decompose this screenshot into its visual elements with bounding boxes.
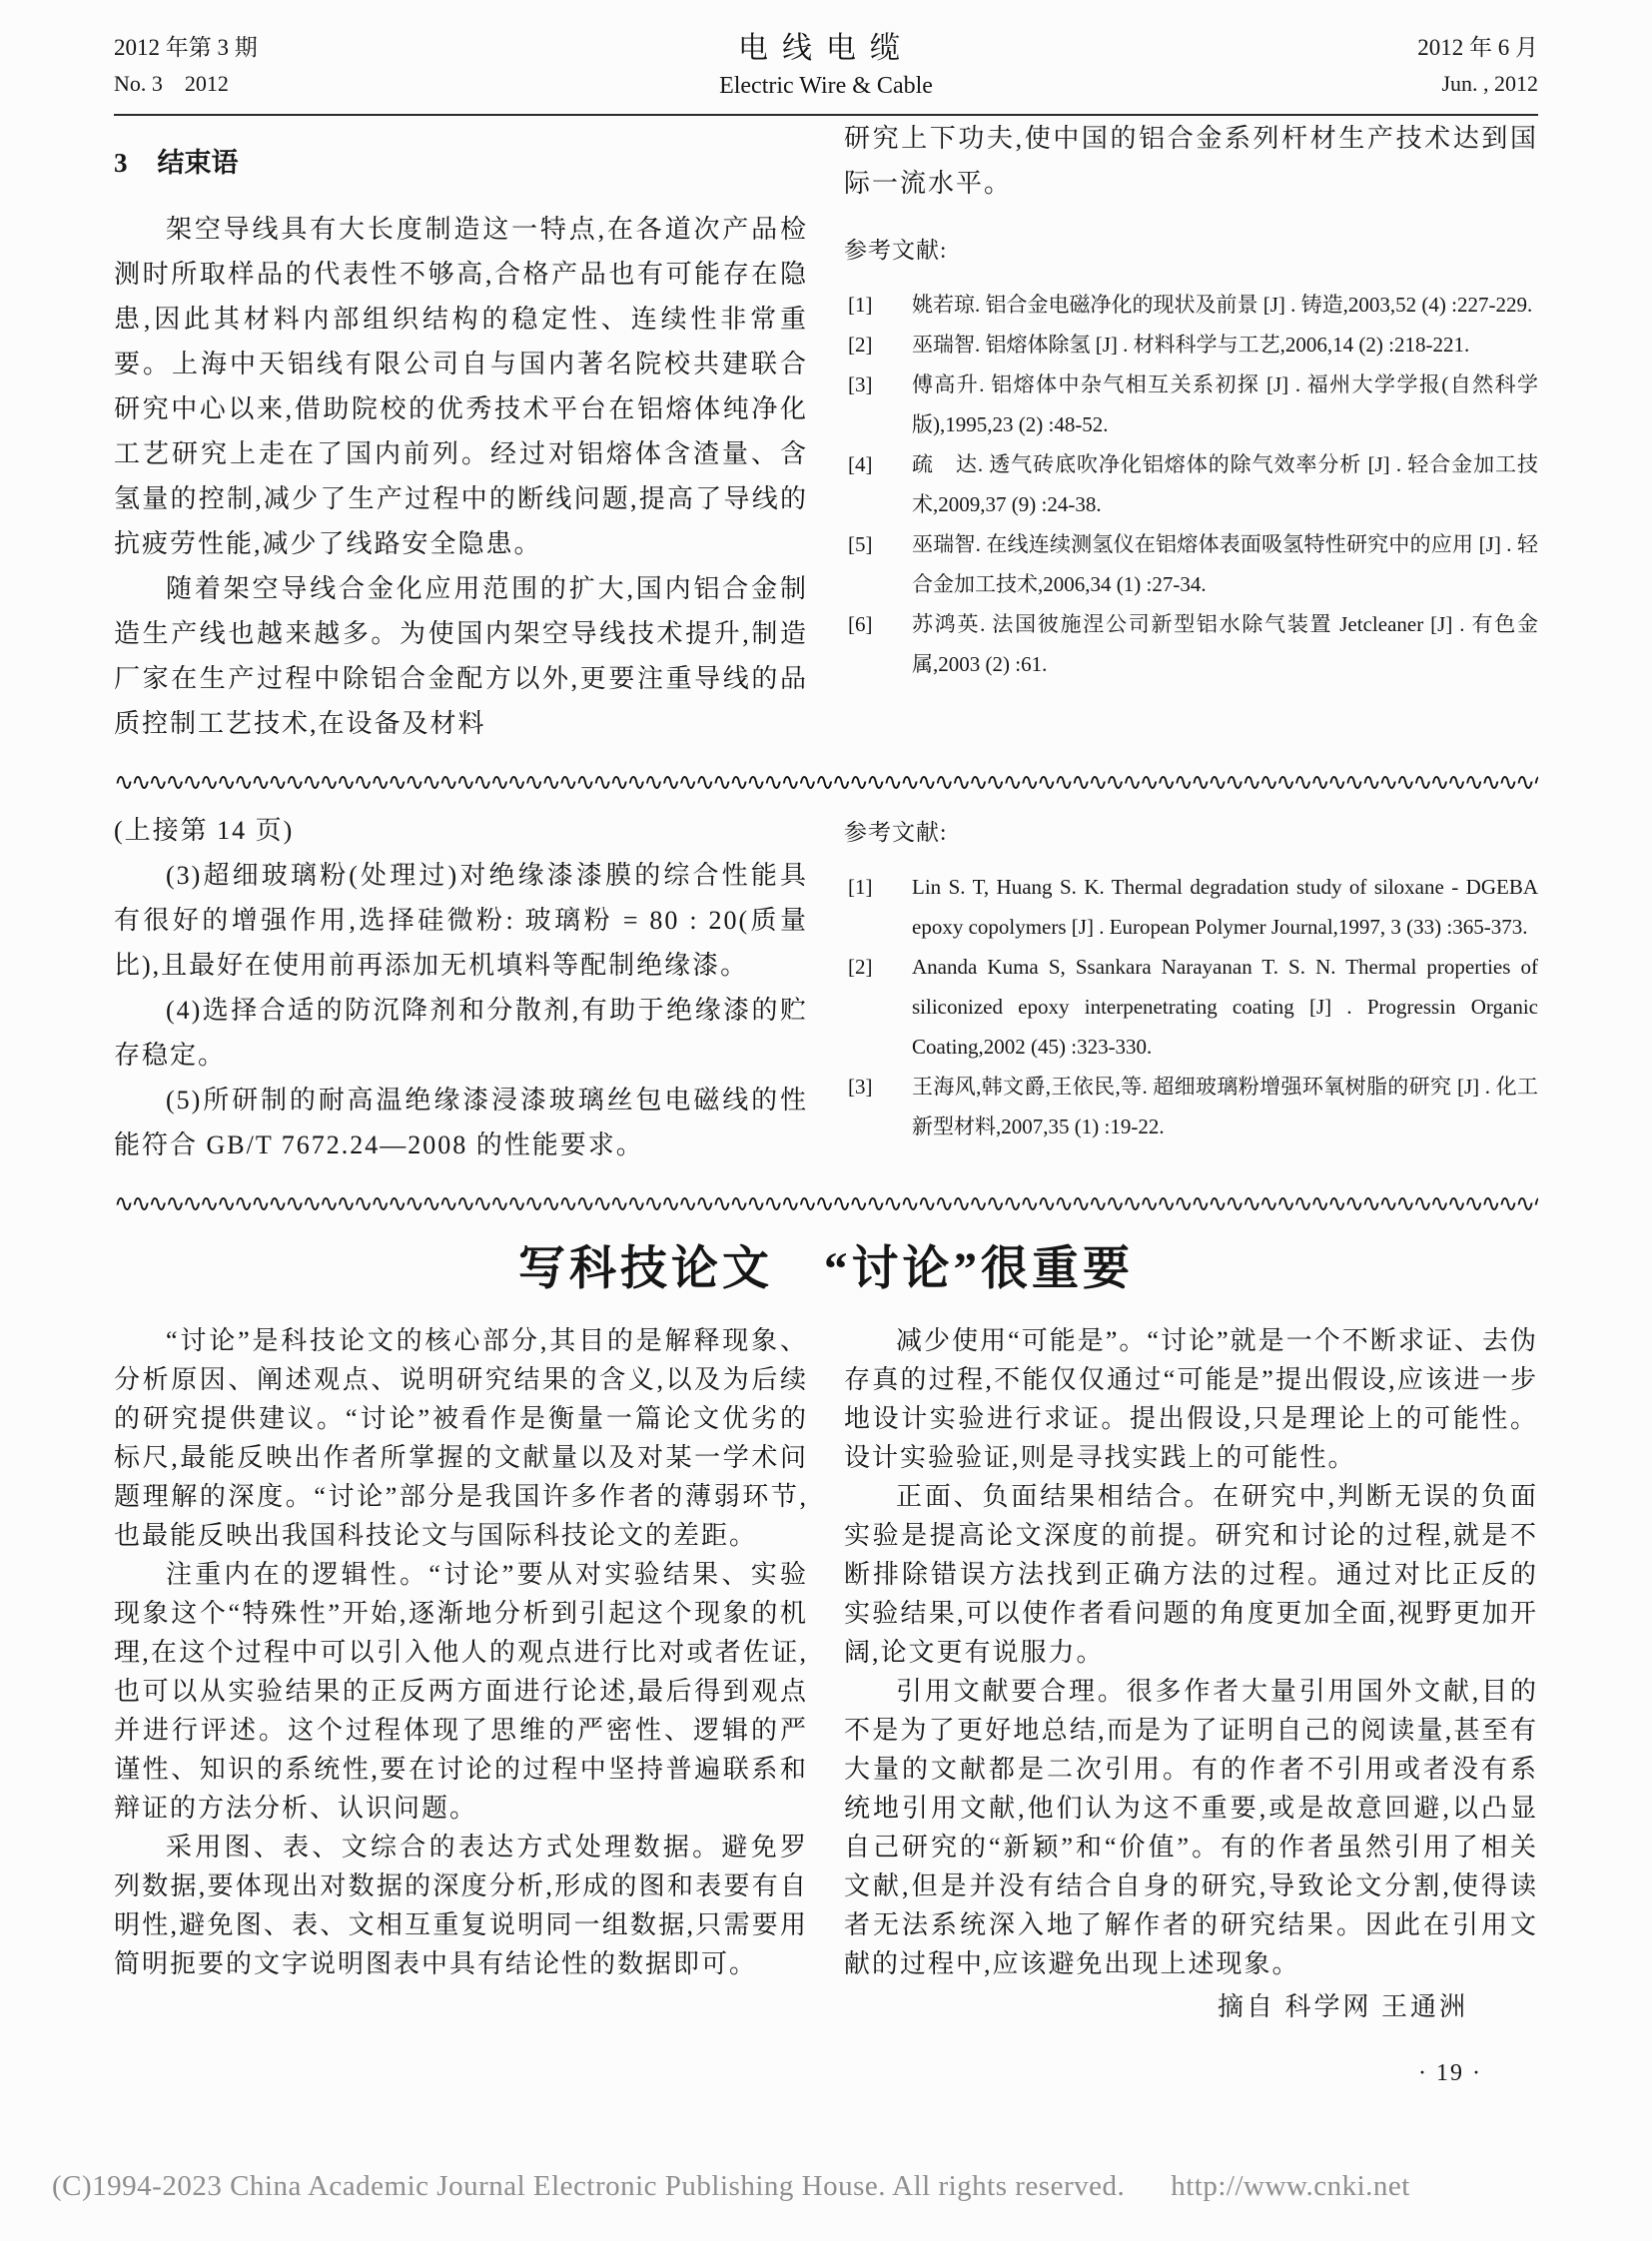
header-journal: 电线电缆 Electric Wire & Cable [374,30,1278,104]
reference-text: 姚若琼. 铝合金电磁净化的现状及前景 [J] . 铸造,2003,52 (4) … [912,285,1538,325]
section-continued: (上接第 14 页) (3)超细玻璃粉(处理过)对绝缘漆漆膜的综合性能具有很好的… [114,808,1538,1167]
paragraph: 架空导线具有大长度制造这一特点,在各道次产品检测时所取样品的代表性不够高,合格产… [114,207,808,566]
paragraph: 注重内在的逻辑性。“讨论”要从对实验结果、实验现象这个“特殊性”开始,逐渐地分析… [114,1555,808,1828]
paragraph: (5)所研制的耐高温绝缘漆浸漆玻璃丝包电磁线的性能符合 GB/T 7672.24… [114,1078,808,1167]
reference-text: 疏 达. 透气砖底吹净化铝熔体的除气效率分析 [J] . 轻合金加工技术,200… [912,444,1538,524]
header-issue: 2012 年第 3 期 No. 3 2012 [114,30,374,102]
journal-title-cn: 电线电缆 [374,30,1278,68]
reference-item: [1] 姚若琼. 铝合金电磁净化的现状及前景 [J] . 铸造,2003,52 … [844,285,1538,325]
journal-title-en: Electric Wire & Cable [374,68,1278,104]
journal-page: 2012 年第 3 期 No. 3 2012 电线电缆 Electric Wir… [0,0,1652,2241]
reference-text: 巫瑞智. 在线连续测氢仪在铝熔体表面吸氢特性研究中的应用 [J] . 轻合金加工… [912,524,1538,604]
page-header: 2012 年第 3 期 No. 3 2012 电线电缆 Electric Wir… [114,30,1538,104]
article-attribution: 摘自 科学网 王通洲 [844,1987,1538,2026]
paragraph: 随着架空导线合金化应用范围的扩大,国内铝合金制造生产线也越来越多。为使国内架空导… [114,566,808,746]
reference-text: 傅高升. 铝熔体中杂气相互关系初探 [J] . 福州大学学报(自然科学版),19… [912,365,1538,444]
page-number: · 19 · [844,2060,1538,2087]
continued-right-column: 参考文献: [1] Lin S. T, Huang S. K. Thermal … [844,808,1538,1167]
continued-from-note: (上接第 14 页) [114,808,808,853]
reference-item: [3] 王海风,韩文爵,王依民,等. 超细玻璃粉增强环氧树脂的研究 [J] . … [844,1067,1538,1146]
reference-number: [1] [844,285,912,325]
section-title: 结束语 [158,148,239,178]
references-label: 参考文献: [844,814,1538,847]
reference-number: [2] [844,325,912,365]
reference-item: [4] 疏 达. 透气砖底吹净化铝熔体的除气效率分析 [J] . 轻合金加工技术… [844,444,1538,524]
reference-number: [5] [844,524,912,604]
article-title: 写科技论文 “讨论”很重要 [114,1241,1538,1297]
reference-number: [4] [844,444,912,524]
reference-number: [3] [844,1067,912,1146]
issue-en: No. 3 2012 [114,66,374,102]
continued-left-column: (上接第 14 页) (3)超细玻璃粉(处理过)对绝缘漆漆膜的综合性能具有很好的… [114,808,808,1167]
reference-text: Lin S. T, Huang S. K. Thermal degradatio… [912,867,1538,947]
paragraph: 减少使用“可能是”。“讨论”就是一个不断求证、去伪存真的过程,不能仅仅通过“可能… [844,1321,1538,1477]
cnki-url: http://www.cnki.net [1171,2170,1410,2202]
article-right-column: 减少使用“可能是”。“讨论”就是一个不断求证、去伪存真的过程,不能仅仅通过“可能… [844,1321,1538,2087]
paragraph: (4)选择合适的防沉降剂和分散剂,有助于绝缘漆的贮存稳定。 [114,988,808,1078]
reference-text: 王海风,韩文爵,王依民,等. 超细玻璃粉增强环氧树脂的研究 [J] . 化工新型… [912,1067,1538,1146]
paragraph: 引用文献要合理。很多作者大量引用国外文献,目的不是为了更好地总结,而是为了证明自… [844,1672,1538,1983]
conclusion-right-column: 研究上下功夫,使中国的铝合金系列杆材生产技术达到国际一流水平。 参考文献: [1… [844,116,1538,746]
references-label: 参考文献: [844,232,1538,265]
article-left-column: “讨论”是科技论文的核心部分,其目的是解释现象、分析原因、阐述观点、说明研究结果… [114,1321,808,2087]
paragraph: 研究上下功夫,使中国的铝合金系列杆材生产技术达到国际一流水平。 [844,116,1538,206]
copyright-footer: (C)1994-2023 China Academic Journal Elec… [52,2170,1600,2203]
issue-cn: 2012 年第 3 期 [114,30,374,66]
paragraph: “讨论”是科技论文的核心部分,其目的是解释现象、分析原因、阐述观点、说明研究结果… [114,1321,808,1555]
reference-text: Ananda Kuma S, Ssankara Narayanan T. S. … [912,947,1538,1067]
reference-number: [6] [844,604,912,684]
reference-item: [2] 巫瑞智. 铝熔体除氢 [J] . 材料科学与工艺,2006,14 (2)… [844,325,1538,365]
ornamental-divider: ∿∿∿∿∿∿∿∿∿∿∿∿∿∿∿∿∿∿∿∿∿∿∿∿∿∿∿∿∿∿∿∿∿∿∿∿∿∿∿∿… [114,1191,1538,1215]
ornamental-divider: ∿∿∿∿∿∿∿∿∿∿∿∿∿∿∿∿∿∿∿∿∿∿∿∿∿∿∿∿∿∿∿∿∿∿∿∿∿∿∿∿… [114,770,1538,794]
copyright-text: (C)1994-2023 China Academic Journal Elec… [52,2170,1125,2202]
article-body: “讨论”是科技论文的核心部分,其目的是解释现象、分析原因、阐述观点、说明研究结果… [114,1321,1538,2087]
section-number: 3 [114,148,128,178]
reference-number: [1] [844,867,912,947]
section-heading: 3结束语 [114,150,808,177]
reference-item: [5] 巫瑞智. 在线连续测氢仪在铝熔体表面吸氢特性研究中的应用 [J] . 轻… [844,524,1538,604]
header-date: 2012 年 6 月 Jun. , 2012 [1278,30,1538,102]
conclusion-left-column: 3结束语 架空导线具有大长度制造这一特点,在各道次产品检测时所取样品的代表性不够… [114,116,808,746]
reference-number: [2] [844,947,912,1067]
reference-text: 苏鸿英. 法国彼施涅公司新型铝水除气装置 Jetcleaner [J] . 有色… [912,604,1538,684]
paragraph: 采用图、表、文综合的表达方式处理数据。避免罗列数据,要体现出对数据的深度分析,形… [114,1828,808,1983]
reference-item: [1] Lin S. T, Huang S. K. Thermal degrad… [844,867,1538,947]
reference-number: [3] [844,365,912,444]
paragraph: 正面、负面结果相结合。在研究中,判断无误的负面实验是提高论文深度的前提。研究和讨… [844,1477,1538,1672]
reference-item: [2] Ananda Kuma S, Ssankara Narayanan T.… [844,947,1538,1067]
section-conclusion: 3结束语 架空导线具有大长度制造这一特点,在各道次产品检测时所取样品的代表性不够… [114,116,1538,746]
reference-text: 巫瑞智. 铝熔体除氢 [J] . 材料科学与工艺,2006,14 (2) :21… [912,325,1538,365]
date-en: Jun. , 2012 [1278,66,1538,102]
reference-item: [6] 苏鸿英. 法国彼施涅公司新型铝水除气装置 Jetcleaner [J] … [844,604,1538,684]
date-cn: 2012 年 6 月 [1278,30,1538,66]
paragraph: (3)超细玻璃粉(处理过)对绝缘漆漆膜的综合性能具有很好的增强作用,选择硅微粉:… [114,853,808,988]
reference-item: [3] 傅高升. 铝熔体中杂气相互关系初探 [J] . 福州大学学报(自然科学版… [844,365,1538,444]
